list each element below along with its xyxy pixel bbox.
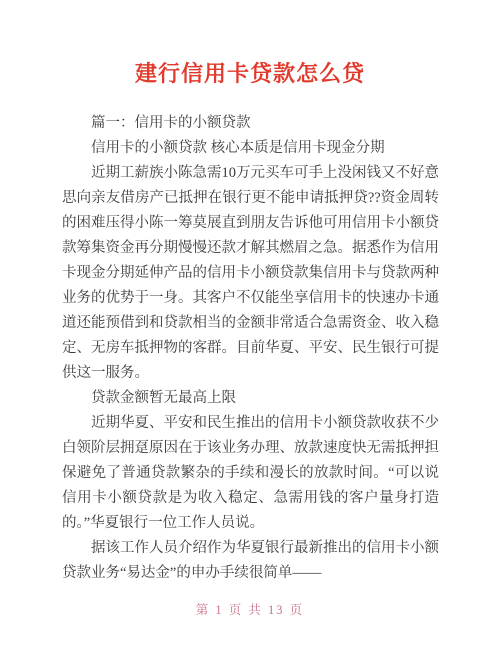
paragraph-subheading: 信用卡的小额贷款 核心本质是信用卡现金分期	[62, 136, 439, 161]
document-page: 建行信用卡贷款怎么贷 篇一：信用卡的小额贷款 信用卡的小额贷款 核心本质是信用卡…	[0, 0, 500, 647]
page-number: 第 1 页 共 13 页	[0, 600, 500, 618]
paragraph-body: 据该工作人员介绍作为华夏银行最新推出的信用卡小额贷款业务“易达金”的申办手续很简…	[62, 536, 439, 586]
paragraph-body: 近期工薪族小陈急需10万元买车可手上没闲钱又不好意思向亲友借房产已抵押在银行更不…	[62, 161, 439, 386]
paragraph-body: 近期华夏、平安和民生推出的信用卡小额贷款收获不少白领阶层拥趸原因在于该业务办理、…	[62, 411, 439, 536]
paragraph-heading: 篇一：信用卡的小额贷款	[62, 111, 439, 136]
paragraph-section-title: 贷款金额暂无最高上限	[62, 386, 439, 411]
document-body: 篇一：信用卡的小额贷款 信用卡的小额贷款 核心本质是信用卡现金分期 近期工薪族小…	[62, 111, 439, 586]
document-title: 建行信用卡贷款怎么贷	[0, 57, 500, 88]
